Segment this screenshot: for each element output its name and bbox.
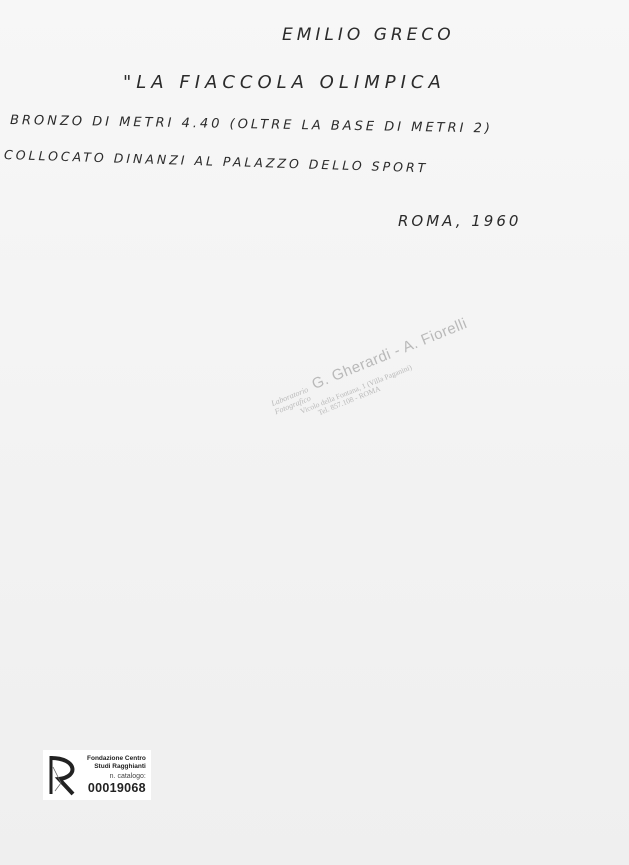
catalog-org-line1: Fondazione Centro xyxy=(87,755,146,763)
handwritten-location: COLLOCATO DINANZI AL PALAZZO DELLO SPORT xyxy=(4,147,429,175)
catalog-caption: n. catalogo: xyxy=(110,773,146,780)
handwritten-place-date: ROMA, 1960 xyxy=(398,212,521,230)
catalog-label: Fondazione Centro Studi Ragghianti n. ca… xyxy=(43,750,151,800)
photo-lab-stamp: Laboratorio Fotografico G. Gherardi - A.… xyxy=(268,316,479,432)
catalog-number: 00019068 xyxy=(88,781,146,795)
handwritten-author: EMILIO GRECO xyxy=(282,25,455,45)
handwritten-material: BRONZO DI METRI 4.40 (OLTRE LA BASE DI M… xyxy=(10,113,493,136)
photo-verso-sheet: EMILIO GRECO "LA FIACCOLA OLIMPICA BRONZ… xyxy=(0,0,629,865)
handwritten-title: "LA FIACCOLA OLIMPICA xyxy=(123,72,446,93)
catalog-org-line2: Studi Ragghianti xyxy=(94,763,146,771)
ragghianti-r-logo-icon xyxy=(47,753,81,797)
